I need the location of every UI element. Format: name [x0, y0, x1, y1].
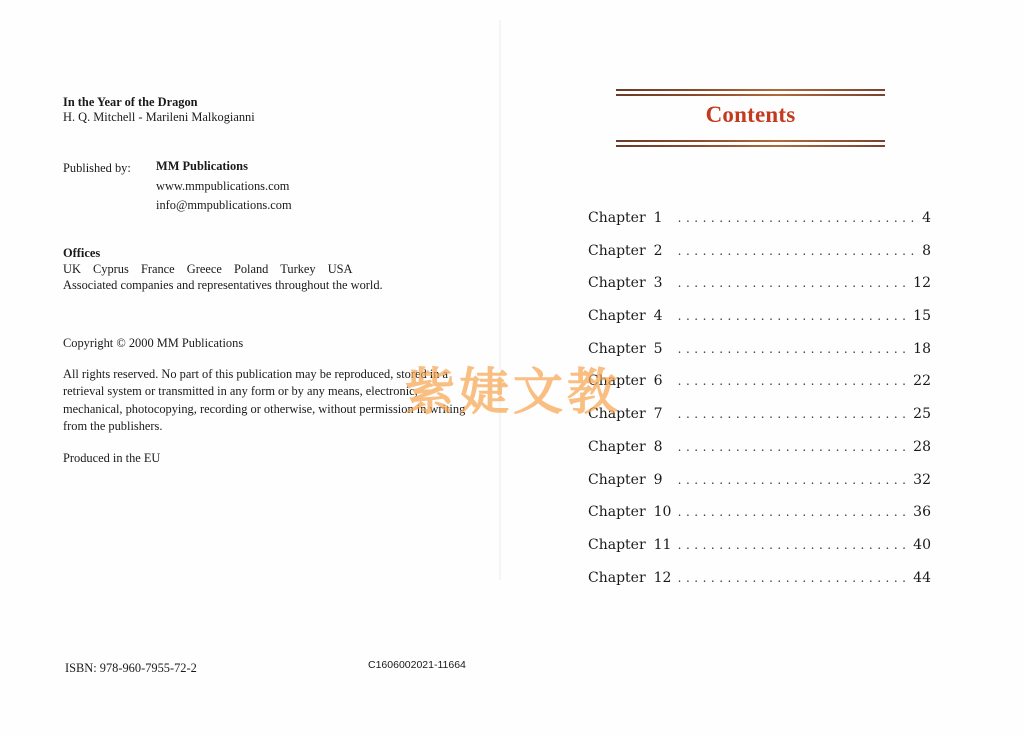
toc-entry[interactable]: Chapter5................................… — [588, 341, 931, 374]
toc-leader-dots: ........................................ — [678, 407, 912, 421]
toc-entry[interactable]: Chapter8................................… — [588, 439, 931, 472]
toc-leader-dots: ........................................ — [678, 571, 912, 585]
toc-leader-dots: ........................................ — [678, 473, 912, 487]
contents-title: Contents — [616, 102, 885, 128]
isbn: ISBN: 978-960-7955-72-2 — [65, 661, 197, 676]
toc-entry-label: Chapter — [588, 275, 646, 291]
toc-entry-number: 5 — [654, 341, 676, 357]
toc-leader-dots: ........................................ — [678, 342, 912, 356]
publisher-website: www.mmpublications.com — [156, 179, 289, 194]
decorative-rule — [616, 94, 885, 96]
toc-entry-number: 4 — [654, 308, 676, 324]
decorative-rule — [616, 89, 885, 91]
offices-note: Associated companies and representatives… — [63, 278, 383, 293]
toc-entry-page: 12 — [913, 275, 931, 291]
office-country: Poland — [234, 262, 268, 276]
print-code: C1606002021-11664 — [368, 659, 466, 671]
publisher-email: info@mmpublications.com — [156, 198, 292, 213]
toc-leader-dots: ........................................ — [678, 440, 912, 454]
toc-entry-number: 2 — [654, 243, 676, 259]
toc-entry-number: 7 — [654, 406, 676, 422]
toc-entry[interactable]: Chapter9................................… — [588, 472, 931, 505]
office-country: Cyprus — [93, 262, 129, 276]
toc-entry-number: 1 — [654, 210, 676, 226]
toc-entry-label: Chapter — [588, 373, 646, 389]
toc-leader-dots: ........................................ — [678, 276, 912, 290]
toc-entry-page: 8 — [922, 243, 931, 259]
offices-country-list: UK Cyprus France Greece Poland Turkey US… — [63, 262, 362, 277]
toc-entry-number: 10 — [654, 504, 676, 520]
toc-entry-number: 9 — [654, 472, 676, 488]
toc-entry-number: 6 — [654, 373, 676, 389]
toc-entry-page: 44 — [913, 570, 931, 586]
publisher-name: MM Publications — [156, 159, 248, 174]
toc-entry-label: Chapter — [588, 472, 646, 488]
office-country: Greece — [187, 262, 222, 276]
toc-leader-dots: ........................................ — [678, 211, 920, 225]
office-country: Turkey — [280, 262, 315, 276]
office-country: USA — [328, 262, 353, 276]
book-authors: H. Q. Mitchell - Marileni Malkogianni — [63, 109, 255, 126]
office-country: France — [141, 262, 175, 276]
toc-entry-page: 36 — [913, 504, 931, 520]
toc-entry-page: 4 — [922, 210, 931, 226]
toc-entry-page: 22 — [913, 373, 931, 389]
toc-entry-label: Chapter — [588, 406, 646, 422]
toc-entry[interactable]: Chapter3................................… — [588, 275, 931, 308]
rights-notice: All rights reserved. No part of this pub… — [63, 366, 473, 435]
toc-entry-label: Chapter — [588, 308, 646, 324]
toc-entry-label: Chapter — [588, 243, 646, 259]
decorative-rule — [616, 145, 885, 147]
toc-entry-page: 40 — [913, 537, 931, 553]
toc-leader-dots: ........................................ — [678, 374, 912, 388]
toc-leader-dots: ........................................ — [678, 244, 920, 258]
toc-entry-number: 3 — [654, 275, 676, 291]
toc-entry[interactable]: Chapter12...............................… — [588, 570, 931, 603]
toc-entry-page: 28 — [913, 439, 931, 455]
toc-entry-page: 15 — [913, 308, 931, 324]
toc-entry-number: 11 — [654, 537, 676, 553]
toc-leader-dots: ........................................ — [678, 505, 912, 519]
toc-entry-page: 32 — [913, 472, 931, 488]
toc-entry-label: Chapter — [588, 439, 646, 455]
copyright-notice: Copyright © 2000 MM Publications — [63, 336, 243, 351]
toc-entry[interactable]: Chapter2................................… — [588, 243, 931, 276]
toc-entry[interactable]: Chapter10...............................… — [588, 504, 931, 537]
office-country: UK — [63, 262, 81, 276]
offices-heading: Offices — [63, 246, 100, 261]
page-gutter — [498, 20, 502, 580]
toc-entry[interactable]: Chapter7................................… — [588, 406, 931, 439]
published-by-label: Published by: — [63, 161, 131, 176]
toc-leader-dots: ........................................ — [678, 309, 912, 323]
toc-entry-label: Chapter — [588, 570, 646, 586]
toc-leader-dots: ........................................ — [678, 538, 912, 552]
produced-in: Produced in the EU — [63, 451, 160, 466]
decorative-rule — [616, 140, 885, 142]
toc-entry-page: 25 — [913, 406, 931, 422]
toc-entry[interactable]: Chapter6................................… — [588, 373, 931, 406]
toc-entry[interactable]: Chapter1................................… — [588, 210, 931, 243]
toc-entry-number: 12 — [654, 570, 676, 586]
toc-entry[interactable]: Chapter11...............................… — [588, 537, 931, 570]
table-of-contents: Chapter1................................… — [588, 210, 931, 602]
toc-entry-label: Chapter — [588, 210, 646, 226]
toc-entry-label: Chapter — [588, 537, 646, 553]
toc-entry-label: Chapter — [588, 341, 646, 357]
toc-entry[interactable]: Chapter4................................… — [588, 308, 931, 341]
toc-entry-number: 8 — [654, 439, 676, 455]
toc-entry-label: Chapter — [588, 504, 646, 520]
toc-entry-page: 18 — [913, 341, 931, 357]
